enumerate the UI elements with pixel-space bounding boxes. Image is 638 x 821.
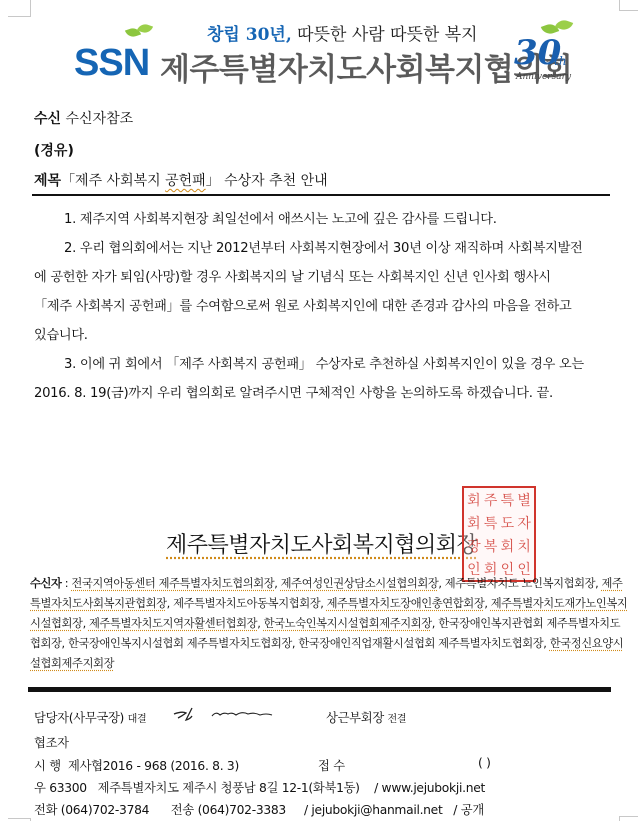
paragraph-1: 1. 제주지역 사회복지현장 최일선에서 애쓰시는 노고에 깊은 감사를 드립니… bbox=[34, 205, 612, 234]
official-seal: 회 주 특 별 회 특 도 자 장 복 회 치 인 회 인 인 bbox=[462, 486, 536, 582]
receipt-line: 접 수 bbox=[318, 756, 345, 774]
header-divider bbox=[32, 194, 610, 196]
seal-char: 주 bbox=[483, 490, 499, 512]
website-link[interactable]: / www.jejubokji.net bbox=[374, 781, 485, 795]
anniversary-emblem: 30 th Anniversary bbox=[508, 18, 580, 86]
phone: 전화 (064)702-3784 bbox=[34, 803, 149, 817]
approval-line: 담당자(사무국장) 대결 bbox=[34, 708, 146, 726]
recipient-list-label: 수신자 bbox=[30, 577, 62, 590]
logo-text: SSN bbox=[74, 44, 149, 82]
fax: 전송 (064)702-3383 bbox=[171, 803, 286, 817]
signer-name: 제주특별자치도사회복지협의회장 bbox=[166, 533, 477, 558]
seal-char: 복 bbox=[483, 536, 499, 558]
paragraph-2-line-2: 에 공헌한 자가 퇴임(사망)할 경우 사회복지의 날 기념식 또는 사회복지인… bbox=[34, 263, 612, 292]
recipient-item: 제주특별자치도장애인총연합회장 bbox=[327, 597, 485, 610]
subject-label: 제목 bbox=[34, 173, 61, 189]
signer-title: 제주특별자치도사회복지협의회장 bbox=[166, 528, 477, 559]
page-corner-mark bbox=[619, 816, 638, 821]
drafter-label: 담당자(사무국장) bbox=[34, 711, 124, 725]
seal-char: 회 bbox=[466, 490, 482, 512]
anniversary-suffix: th bbox=[554, 54, 567, 68]
page-corner-mark bbox=[8, 0, 31, 17]
signature-icon bbox=[168, 702, 288, 726]
recipient-item: 제주특별자치도지역자활센터협회장 bbox=[89, 617, 257, 630]
email-link[interactable]: / jejubokji@hanmail.net bbox=[304, 803, 442, 817]
contact-line: 전화 (064)702-3784 전송 (064)702-3383 / jeju… bbox=[34, 800, 484, 818]
recipient-item: 한국노숙인복지시설협회제주지회장 bbox=[264, 617, 432, 630]
enforce-label: 시 행 bbox=[34, 759, 61, 773]
receive-label: 접 수 bbox=[318, 759, 345, 773]
recipient-item: 한국장애인복지시설협회 제주특별자치도협회장 bbox=[68, 637, 292, 650]
cooperator-line: 협조자 bbox=[34, 733, 69, 751]
paragraph-2-line-1: 2. 우리 협의회에서는 지난 2012년부터 사회복지현장에서 30년 이상 … bbox=[34, 234, 612, 263]
postal-code: 우 63300 bbox=[34, 781, 87, 795]
recipient-label: 수신 bbox=[34, 111, 61, 127]
separator: : bbox=[62, 577, 72, 590]
receipt-value: ( ) bbox=[478, 756, 491, 770]
letterhead: SSN 창립 30년, 따뜻한 사람 따뜻한 복지 제주특별자치도사회복지협의회… bbox=[60, 12, 580, 90]
page-corner-mark bbox=[619, 0, 638, 11]
footer-divider bbox=[28, 687, 611, 692]
slogan-accent: 창립 30년, bbox=[207, 25, 292, 45]
address: 제주특별자치도 제주시 청풍남 8길 12-1(화북1동) bbox=[98, 781, 360, 795]
approver-line: 상근부회장 전결 bbox=[326, 708, 406, 726]
paragraph-3-line-2: 2016. 8. 19(금)까지 우리 협의회로 알려주시면 구체적인 사항을 … bbox=[34, 379, 612, 408]
drafter-mark: 대결 bbox=[128, 714, 147, 725]
subject-close: 」 수상자 추천 안내 bbox=[206, 173, 328, 189]
approver-label: 상근부회장 bbox=[326, 711, 384, 725]
seal-char: 회 bbox=[500, 536, 516, 558]
subject-line: 제목「제주 사회복지 공헌패」 수상자 추천 안내 bbox=[34, 170, 328, 190]
via-line: (경유) bbox=[34, 140, 74, 160]
enforce-value: 제사협2016 - 968 (2016. 8. 3) bbox=[68, 759, 239, 773]
slogan-rest: 따뜻한 사람 따뜻한 복지 bbox=[292, 25, 478, 45]
enforcement-line: 시 행 제사협2016 - 968 (2016. 8. 3) bbox=[34, 756, 239, 774]
handwritten-signature bbox=[168, 702, 288, 726]
subject-marked-word: 공헌패 bbox=[165, 173, 206, 189]
paragraph-2-line-3: 「제주 사회복지 공헌패」를 수여함으로써 원로 사회복지인에 대한 존경과 감… bbox=[34, 292, 612, 321]
seal-char: 특 bbox=[483, 513, 499, 535]
anniversary-word: Anniversary bbox=[516, 72, 571, 82]
paragraph-2-line-4: 있습니다. bbox=[34, 321, 612, 350]
via-label: (경유) bbox=[34, 143, 74, 159]
subject-open: 「제주 사회복지 bbox=[61, 173, 165, 189]
recipient-item: 전국지역아동센터 제주특별자치도협의회장 bbox=[71, 577, 274, 590]
cooperator-label: 협조자 bbox=[34, 736, 69, 750]
recipient-list: 수신자 : 전국지역아동센터 제주특별자치도협의회장, 제주여성인권상담소시설협… bbox=[30, 574, 628, 674]
seal-char: 자 bbox=[516, 513, 532, 535]
recipient-value: 수신자참조 bbox=[66, 111, 134, 127]
slogan: 창립 30년, 따뜻한 사람 따뜻한 복지 bbox=[207, 20, 478, 45]
seal-char: 특 bbox=[500, 490, 516, 512]
seal-char: 장 bbox=[466, 536, 482, 558]
recipient-item: 제주여성인권상담소시설협의회장 bbox=[281, 577, 439, 590]
seal-char: 치 bbox=[516, 536, 532, 558]
ssn-logo: SSN bbox=[74, 22, 154, 82]
seal-char: 도 bbox=[500, 513, 516, 535]
recipient-item: 제주특별자치도 노인복지협회장 bbox=[445, 577, 595, 590]
recipient-item: 제주특별자치도아동복지협회장 bbox=[173, 597, 320, 610]
disclosure: / 공개 bbox=[453, 803, 484, 817]
paragraph-3-line-1: 3. 이에 귀 회에서 「제주 사회복지 공헌패」 수상자로 추천하실 사회복지… bbox=[34, 350, 612, 379]
seal-char: 별 bbox=[516, 490, 532, 512]
seal-char: 회 bbox=[466, 513, 482, 535]
letter-body: 1. 제주지역 사회복지현장 최일선에서 애쓰시는 노고에 깊은 감사를 드립니… bbox=[34, 205, 612, 408]
recipient-item: 한국장애인직업재활시설협회 제주특별자치도협회장 bbox=[298, 637, 543, 650]
address-line: 우 63300 제주특별자치도 제주시 청풍남 8길 12-1(화북1동) / … bbox=[34, 778, 485, 796]
approver-mark: 전결 bbox=[388, 714, 407, 725]
recipient-line: 수신 수신자참조 bbox=[34, 108, 133, 128]
